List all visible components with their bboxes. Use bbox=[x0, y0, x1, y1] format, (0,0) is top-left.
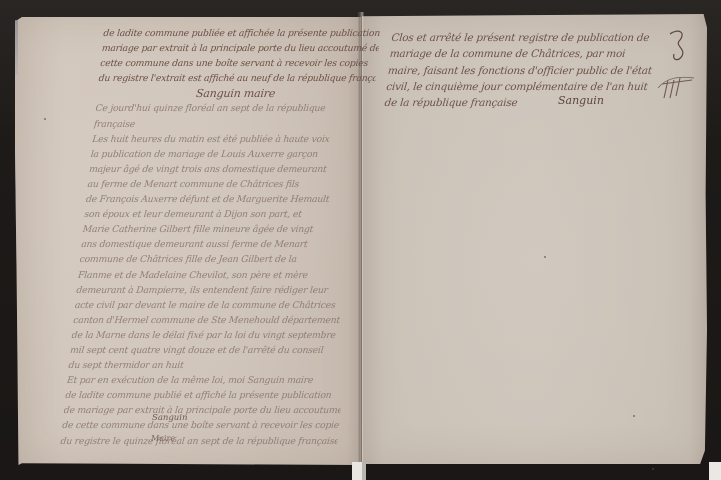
text-line: française bbox=[93, 117, 372, 132]
text-line: son époux et leur demeurant à Dijon son … bbox=[84, 207, 363, 222]
text-line: Ce jourd'hui quinze floréal an sept de l… bbox=[95, 101, 374, 116]
text-line: de la Marne dans le délai fixé par la lo… bbox=[71, 328, 350, 343]
text-line: Et par en exécution de la même loi, moi … bbox=[66, 373, 345, 388]
text-line: Les huit heures du matin est été publiée… bbox=[92, 132, 371, 147]
binding-tab-shadow bbox=[362, 462, 366, 480]
text-line: mariage par extrait à la principale port… bbox=[101, 41, 380, 56]
text-line: acte civil par devant le maire de la com… bbox=[74, 298, 353, 313]
text-line: commune de Châtrices fille de Jean Gilbe… bbox=[79, 252, 358, 267]
text-line: de mariage par extrait à la principale p… bbox=[63, 403, 342, 418]
text-line: demeurant à Dampierre, ils entendent fai… bbox=[76, 283, 355, 298]
text-line: du sept thermidor an huit bbox=[68, 358, 347, 373]
text-line: Clos et arrêté le présent registre de pu… bbox=[391, 30, 693, 46]
paper-speck bbox=[633, 415, 635, 417]
text-line: ans domestique demeurant aussi ferme de … bbox=[80, 237, 359, 252]
text-line: mariage de la commune de Châtrices, par … bbox=[389, 46, 691, 62]
paper-speck bbox=[44, 118, 46, 120]
text-line: cette commune dans une boîte servant à r… bbox=[99, 56, 378, 71]
text-line: au ferme de Menart commune de Châtrices … bbox=[87, 177, 366, 192]
text-line: du registre le quinze floréal an sept de… bbox=[60, 434, 339, 449]
signature-maire: Maire bbox=[151, 434, 175, 443]
text-line: de la république française bbox=[384, 95, 686, 111]
text-line: de ladite commune publiée et affichée la… bbox=[103, 26, 382, 41]
text-line: de ladite commune publié et affiché la p… bbox=[65, 388, 344, 403]
scan-background: de ladite commune publiée et affichée la… bbox=[0, 0, 721, 480]
text-line-signature: Sanguin maire bbox=[96, 86, 375, 101]
text-line: Flanme et de Madelaine Chevilot, son pèr… bbox=[77, 268, 356, 283]
text-line: civil, le cinquième jour complémentaire … bbox=[385, 79, 687, 95]
paper-speck bbox=[544, 256, 546, 258]
text-line: la publication de mariage de Louis Auxer… bbox=[90, 147, 369, 162]
paper-speck bbox=[652, 468, 654, 470]
text-line: canton d'Hermel commune de Ste Menehould… bbox=[72, 313, 351, 328]
signature-sanguin: Sanguin bbox=[152, 413, 187, 423]
left-page-text: de ladite commune publiée et affichée la… bbox=[60, 26, 381, 449]
text-line: de François Auxerre défunt et de Marguer… bbox=[85, 192, 364, 207]
text-line: du registre l'extrait est affiché au neu… bbox=[98, 71, 377, 86]
binding-tab bbox=[352, 462, 362, 480]
signature-sanguin-right: Sanguin bbox=[558, 94, 604, 107]
corner-tab bbox=[709, 462, 721, 480]
text-line: maire, faisant les fonctions d'officier … bbox=[387, 63, 689, 79]
text-line: de cette commune dans une boîte servant … bbox=[61, 418, 340, 433]
text-line: majeur âgé de vingt trois ans domestique… bbox=[88, 162, 367, 177]
text-line: mil sept cent quatre vingt douze et de l… bbox=[69, 343, 348, 358]
left-page-edge-tear bbox=[15, 20, 18, 75]
right-page-text: Clos et arrêté le présent registre de pu… bbox=[384, 30, 693, 111]
text-line: Marie Catherine Gilbert fille mineure âg… bbox=[82, 222, 361, 237]
signature-flourish-icon bbox=[656, 18, 696, 108]
